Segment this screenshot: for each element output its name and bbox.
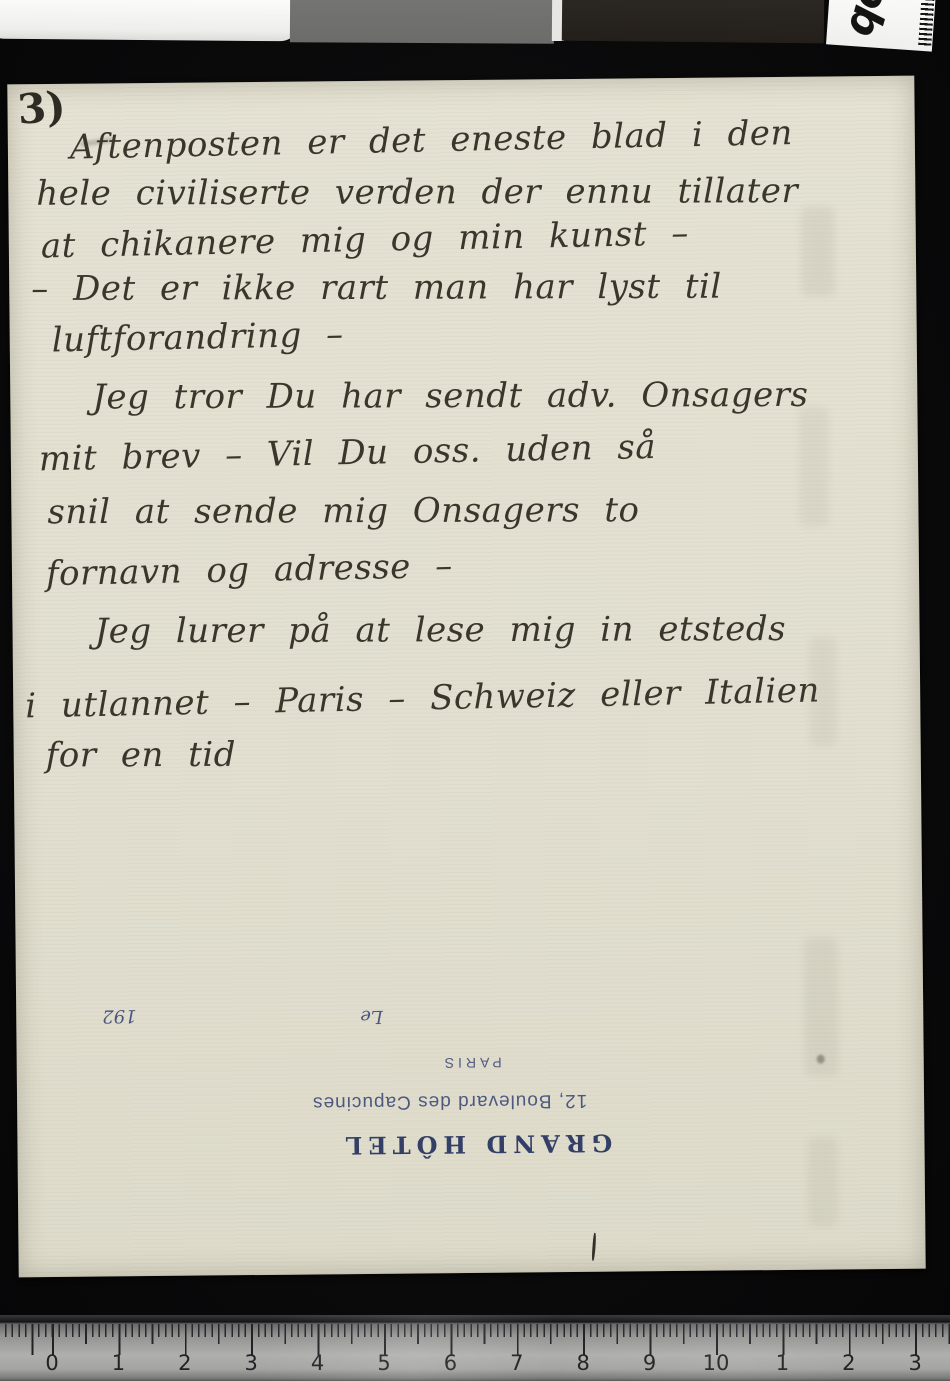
ruler-number: 5 xyxy=(377,1351,390,1375)
ruler-number: 9 xyxy=(643,1351,656,1375)
handwriting-line: Aftenposten er det eneste blad i den xyxy=(70,113,794,168)
letter-page: 3) Aftenposten er det eneste blad i den … xyxy=(7,76,925,1278)
handwriting-line: – Det er ikke rart man har lyst til xyxy=(31,267,722,309)
ruler-number: 2 xyxy=(178,1351,191,1375)
stray-pen-stroke xyxy=(591,1233,596,1261)
handwriting-line: Jeg lurer på at lese mig in etsteds xyxy=(94,609,786,651)
letterhead-date-prefix: Le xyxy=(360,1006,383,1027)
letterhead-city: PARIS xyxy=(441,1055,502,1072)
bleedthrough-mark xyxy=(807,1136,838,1226)
ruler-ticks-mm xyxy=(0,1324,950,1337)
ruler-ticks-cm xyxy=(0,1324,950,1355)
handwriting-line: at chikanere mig og min kunst – xyxy=(40,213,689,266)
letterhead-hotel-name: GRAND HÔTEL xyxy=(339,1129,612,1161)
scanned-letter-photograph: { "document": { "page_number": "3)", "ha… xyxy=(0,0,950,1381)
ink-dot xyxy=(817,1055,825,1064)
bleedthrough-mark xyxy=(801,206,836,296)
ruler-number: 1 xyxy=(112,1351,125,1375)
ruler-number: 3 xyxy=(909,1351,922,1375)
bleedthrough-mark xyxy=(798,407,829,527)
calibration-tab-ticks xyxy=(918,0,935,48)
handwriting-line: snil at sende mig Onsagers to xyxy=(47,490,639,532)
ruler-number: 8 xyxy=(577,1351,590,1375)
ruler-number: 7 xyxy=(510,1351,523,1375)
handwriting-line: mit brev – Vil Du oss. uden så xyxy=(39,427,657,479)
handwriting-line: i utlannet – Paris – Schweiz eller Itali… xyxy=(25,670,820,726)
ruler-number: 6 xyxy=(444,1351,457,1375)
grayscale-patch-black xyxy=(562,0,824,43)
page-number: 3) xyxy=(16,82,68,134)
ruler-number: 3 xyxy=(245,1351,258,1375)
letterhead-year-placeholder: 192 xyxy=(102,1005,137,1026)
ruler-number: 1 xyxy=(776,1351,789,1375)
handwriting-line: luftforandring – xyxy=(51,315,344,361)
handwriting-line: for en tid xyxy=(46,735,236,776)
handwriting-line: Jeg tror Du har sendt adv. Onsagers xyxy=(92,375,808,417)
grayscale-patch-gray xyxy=(290,0,554,44)
ruler-ticks-half xyxy=(0,1324,950,1344)
grayscale-patch-white xyxy=(0,0,294,41)
measuring-ruler: 012345678910123 xyxy=(0,1315,950,1381)
bleedthrough-mark xyxy=(809,636,838,746)
ruler-number: 2 xyxy=(842,1351,855,1375)
letterhead-address: 12, Boulevard des Capucines xyxy=(312,1089,587,1114)
ruler-number: 4 xyxy=(311,1351,324,1375)
handwriting-line: fornavn og adresse – xyxy=(46,546,453,594)
ruler-number: 0 xyxy=(45,1351,58,1375)
ruler-number: 10 xyxy=(703,1351,730,1375)
handwriting-line: hele civiliserte verden der ennu tillate… xyxy=(36,171,798,214)
calibration-tab: ob xyxy=(826,0,936,52)
calibration-tab-marking: ob xyxy=(839,0,901,41)
